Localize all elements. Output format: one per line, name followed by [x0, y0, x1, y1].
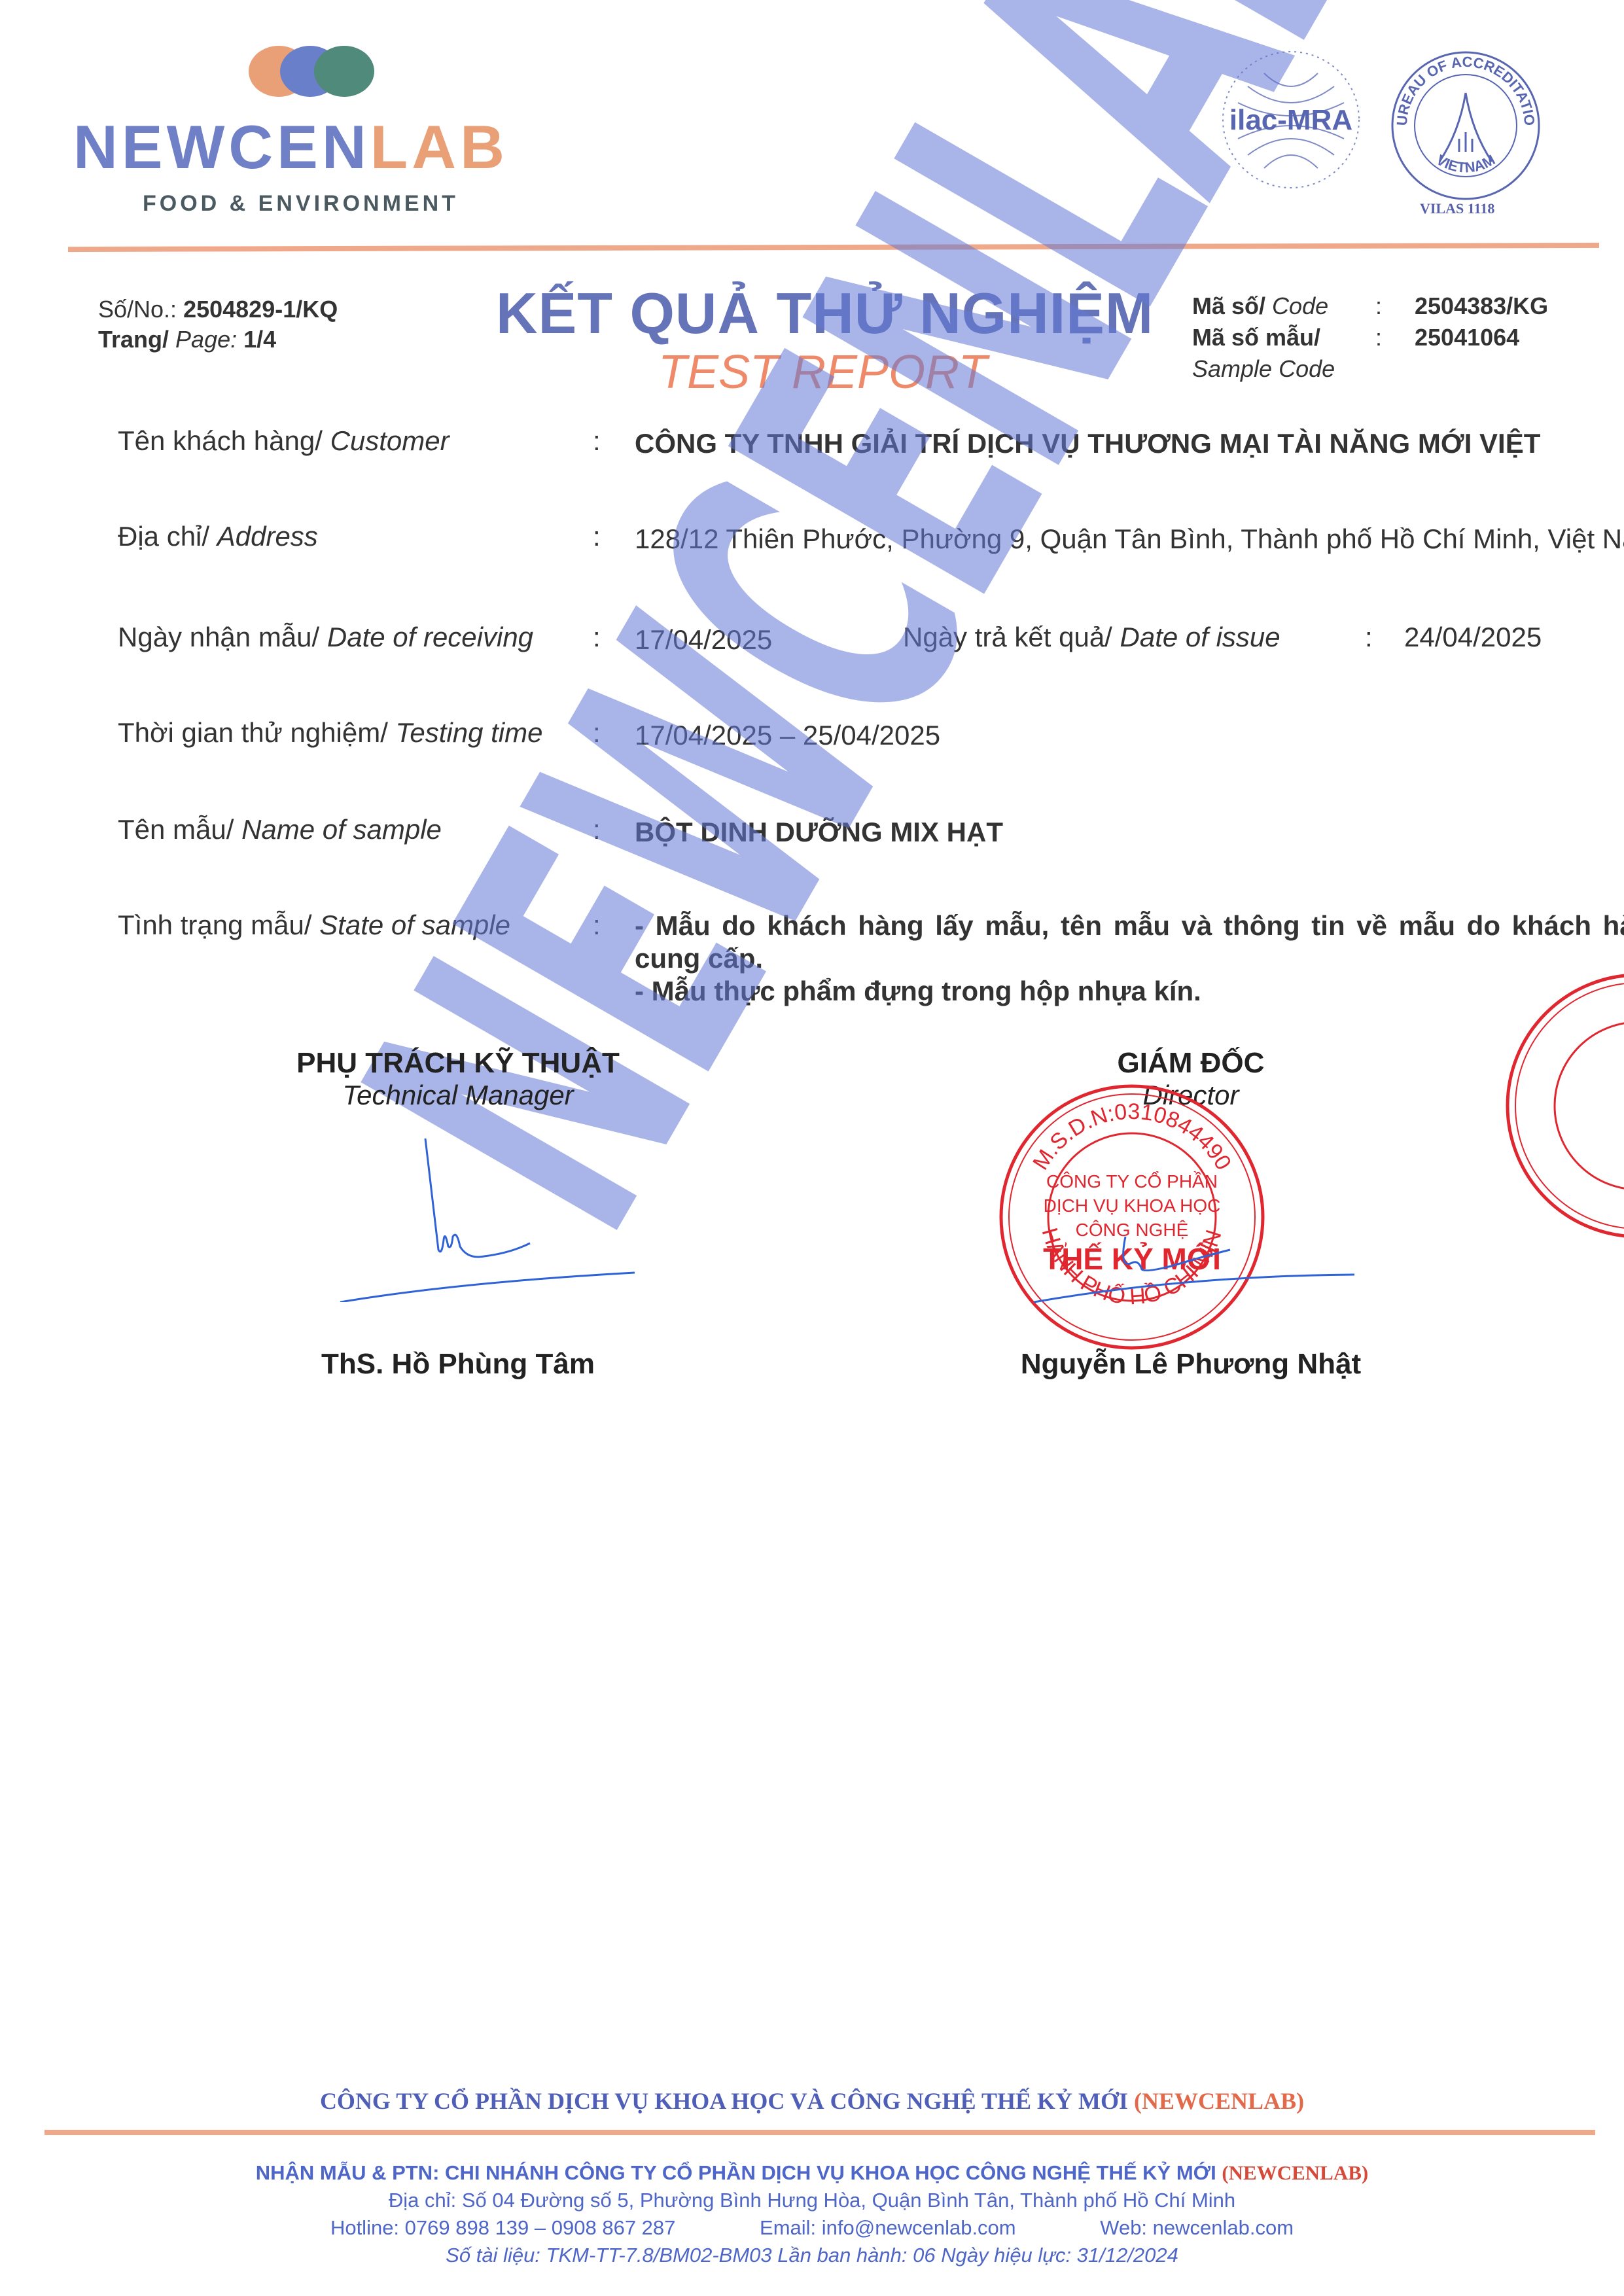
code-value: 2504383/KG — [1415, 291, 1548, 322]
sample-name-value: BỘT DINH DƯỠNG MIX HẠT — [635, 814, 1624, 851]
report-codes: Mã số/ Code : 2504383/KG Mã số mẫu/ : 25… — [1192, 291, 1548, 385]
logo-tagline: FOOD & ENVIRONMENT — [143, 191, 459, 217]
director-name-block: Nguyễn Lê Phương Nhật — [995, 1348, 1387, 1381]
sample-state-value: - Mẫu do khách hàng lấy mẫu, tên mẫu và … — [635, 910, 1624, 1008]
director-signature-icon — [1021, 1230, 1361, 1309]
svg-text:DỊCH VỤ KHOA HỌC: DỊCH VỤ KHOA HỌC — [1044, 1195, 1221, 1216]
report-number: Số/No.: 2504829-1/KQ — [98, 294, 338, 325]
testing-time-value: 17/04/2025 – 25/04/2025 — [635, 717, 1624, 754]
logo-word-primary: NEWCEN — [73, 113, 370, 181]
sample-code-value: 25041064 — [1415, 322, 1519, 353]
page-subtitle: TEST REPORT — [658, 345, 987, 399]
technical-signature-icon — [327, 1125, 654, 1302]
footer-hotline: Hotline: 0769 898 139 – 0908 867 287 — [330, 2214, 675, 2242]
page-indicator: Trang/ Page: 1/4 — [98, 325, 338, 355]
technical-manager-name-block: ThS. Hồ Phùng Tâm — [262, 1348, 654, 1381]
date-issue-value: 24/04/2025 — [1404, 622, 1542, 653]
address-value: 128/12 Thiên Phước, Phường 9, Quận Tân B… — [635, 521, 1624, 557]
svg-text:CÔNG TY CỔ PHẦN: CÔNG TY CỔ PHẦN — [1046, 1171, 1218, 1192]
footer-email[interactable]: Email: info@newcenlab.com — [760, 2214, 1016, 2242]
footer-divider — [44, 2130, 1595, 2135]
svg-text:ilac-MRA: ilac-MRA — [1229, 104, 1352, 136]
date-receiving-value: 17/04/2025 — [635, 622, 772, 658]
sample-state-line: - Mẫu thực phẩm đựng trong hộp nhựa kín. — [635, 975, 1624, 1008]
ilac-mra-icon: ilac-MRA — [1218, 47, 1364, 192]
logo-dots-icon — [249, 46, 419, 98]
partial-stamp-icon — [1494, 962, 1624, 1250]
code-row: Mã số/ Code : 2504383/KG — [1192, 291, 1548, 322]
company-stamp-icon: M.S.D.N:0310844490 THÀNH PHỐ HỒ CHÍ MINH… — [988, 1073, 1276, 1361]
company-logo: NEWCENLAB — [73, 116, 508, 178]
customer-value: CÔNG TY TNHH GIẢI TRÍ DỊCH VỤ THƯƠNG MẠI… — [635, 425, 1624, 462]
footer-contact: NHẬN MẪU & PTN: CHI NHÁNH CÔNG TY CỔ PHẦ… — [0, 2159, 1624, 2269]
footer-web[interactable]: Web: newcenlab.com — [1100, 2214, 1294, 2242]
footer-company: CÔNG TY CỔ PHẦN DỊCH VỤ KHOA HỌC VÀ CÔNG… — [0, 2087, 1624, 2115]
header-divider — [68, 243, 1599, 252]
footer-doc-ref: Số tài liệu: TKM-TT-7.8/BM02-BM03 Lần ba… — [0, 2242, 1624, 2269]
green-dot-icon — [314, 46, 374, 97]
vilas-number: VILAS 1118 — [1420, 200, 1494, 217]
footer-address: Địa chỉ: Số 04 Đường số 5, Phường Bình H… — [0, 2187, 1624, 2214]
page-title: KẾT QUẢ THỬ NGHIỆM — [496, 280, 1154, 347]
sample-code-row: Mã số mẫu/ : 25041064 — [1192, 322, 1548, 353]
technical-manager-block: PHỤ TRÁCH KỸ THUẬT Technical Manager — [262, 1047, 654, 1111]
report-meta: Số/No.: 2504829-1/KQ Trang/ Page: 1/4 — [98, 294, 338, 355]
svg-text:M.S.D.N:0310844490: M.S.D.N:0310844490 — [1028, 1099, 1236, 1174]
sample-state-line: - Mẫu do khách hàng lấy mẫu, tên mẫu và … — [635, 910, 1624, 975]
bureau-of-accreditation-icon: BUREAU OF ACCREDITATION VIETNAM — [1387, 47, 1544, 204]
logo-word-secondary: LAB — [370, 113, 508, 181]
